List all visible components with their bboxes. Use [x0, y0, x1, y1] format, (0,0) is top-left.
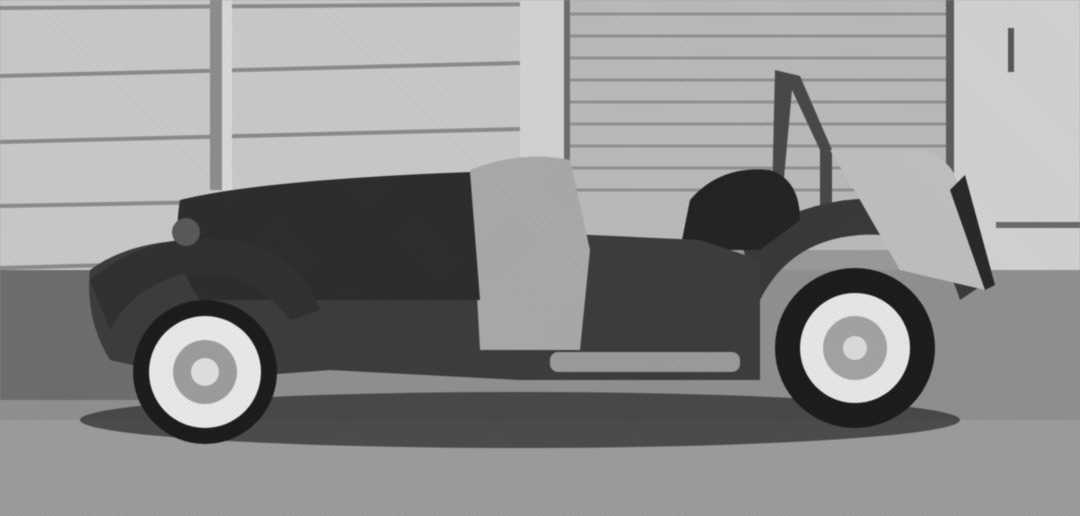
- rear-wheel: [775, 268, 935, 428]
- photo-canvas: [0, 0, 1080, 516]
- front-wheel: [133, 300, 277, 444]
- vintage-roadster-photo: Black-and-white halftone photograph of a…: [0, 0, 1080, 516]
